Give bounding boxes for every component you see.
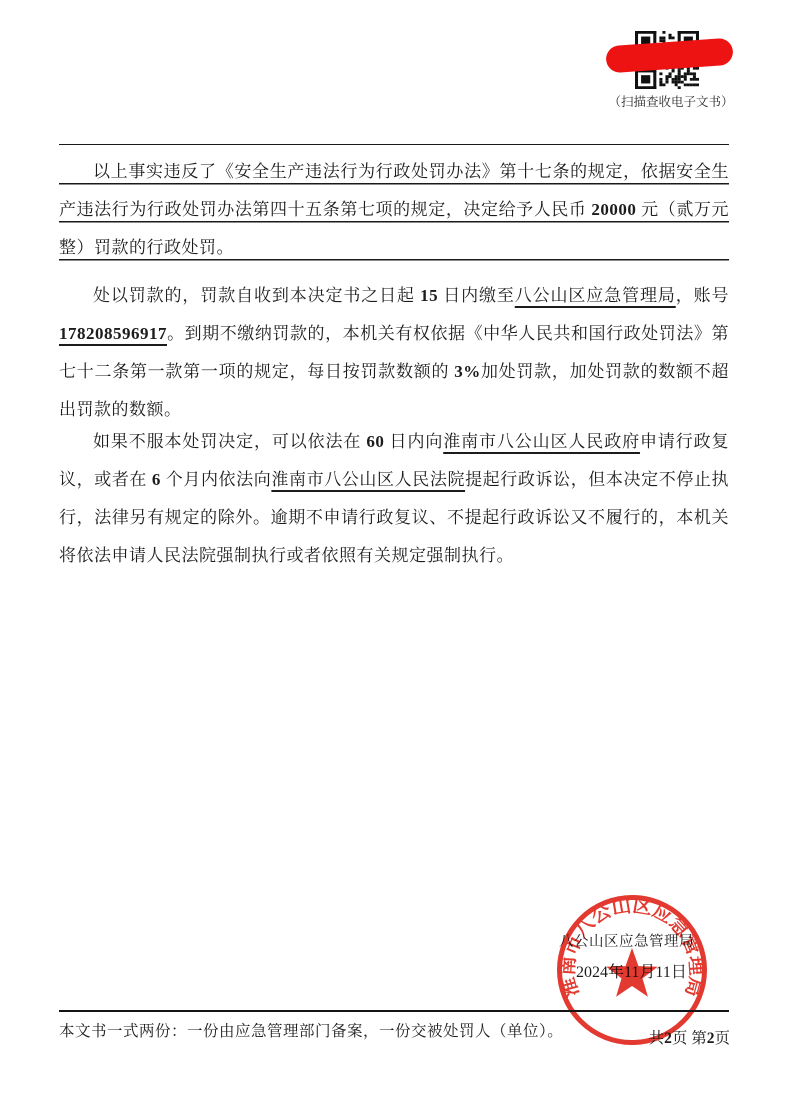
text-segment: 淮南市八公山区人民政府: [443, 432, 640, 451]
footer-note: 本文书一式两份：一份由应急管理部门备案，一份交被处罚人（单位）。: [59, 1019, 563, 1041]
text-segment: 20000: [591, 200, 636, 219]
qr-block: （扫描查收电子文书）: [596, 26, 746, 112]
page-indicator: 共2页 第2页: [560, 1026, 730, 1048]
redaction-scribble: [605, 38, 734, 74]
top-underline-rule: [59, 144, 729, 145]
document-page: （扫描查收电子文书） 以上事实违反了《安全生产违法行为行政处罚办法》第十七条的规…: [0, 0, 789, 1118]
qr-caption: （扫描查收电子文书）: [596, 92, 746, 110]
text-segment: 处以罚款的，罚款自收到本决定书之日起: [93, 286, 420, 305]
issue-date: 2024年11月11日: [576, 959, 687, 982]
footer-rule: [59, 1010, 729, 1012]
text-segment: 个月内依法向: [161, 470, 272, 489]
text-segment: 页 第: [672, 1030, 707, 1047]
text-segment: 178208596917: [59, 324, 167, 343]
text-segment: 15: [420, 286, 438, 305]
text-segment: 八公山区应急管理局: [515, 286, 676, 305]
text-segment: 3%: [454, 362, 481, 381]
text-segment: 如果不服本处罚决定，可以依法在: [93, 432, 366, 451]
text-segment: 2: [664, 1030, 672, 1047]
text-segment: 日内缴至: [438, 286, 515, 305]
paragraph-penalty-decision: 以上事实违反了《安全生产违法行为行政处罚办法》第十七条的规定，依据安全生产违法行…: [59, 153, 729, 267]
text-segment: 页: [714, 1030, 730, 1047]
text-segment: 日内向: [384, 432, 443, 451]
issuing-authority: 八公山区应急管理局: [559, 930, 694, 951]
text-segment: ，账号: [676, 286, 729, 305]
text-segment: 共: [649, 1030, 665, 1047]
text-segment: 淮南市八公山区人民法院: [271, 470, 465, 489]
paragraph-appeal-rights: 如果不服本处罚决定，可以依法在 60 日内向淮南市八公山区人民政府申请行政复议，…: [59, 423, 729, 575]
paragraph-payment-instruction: 处以罚款的，罚款自收到本决定书之日起 15 日内缴至八公山区应急管理局，账号 1…: [59, 277, 729, 429]
text-segment: 6: [152, 470, 161, 489]
text-segment: 60: [366, 432, 384, 451]
